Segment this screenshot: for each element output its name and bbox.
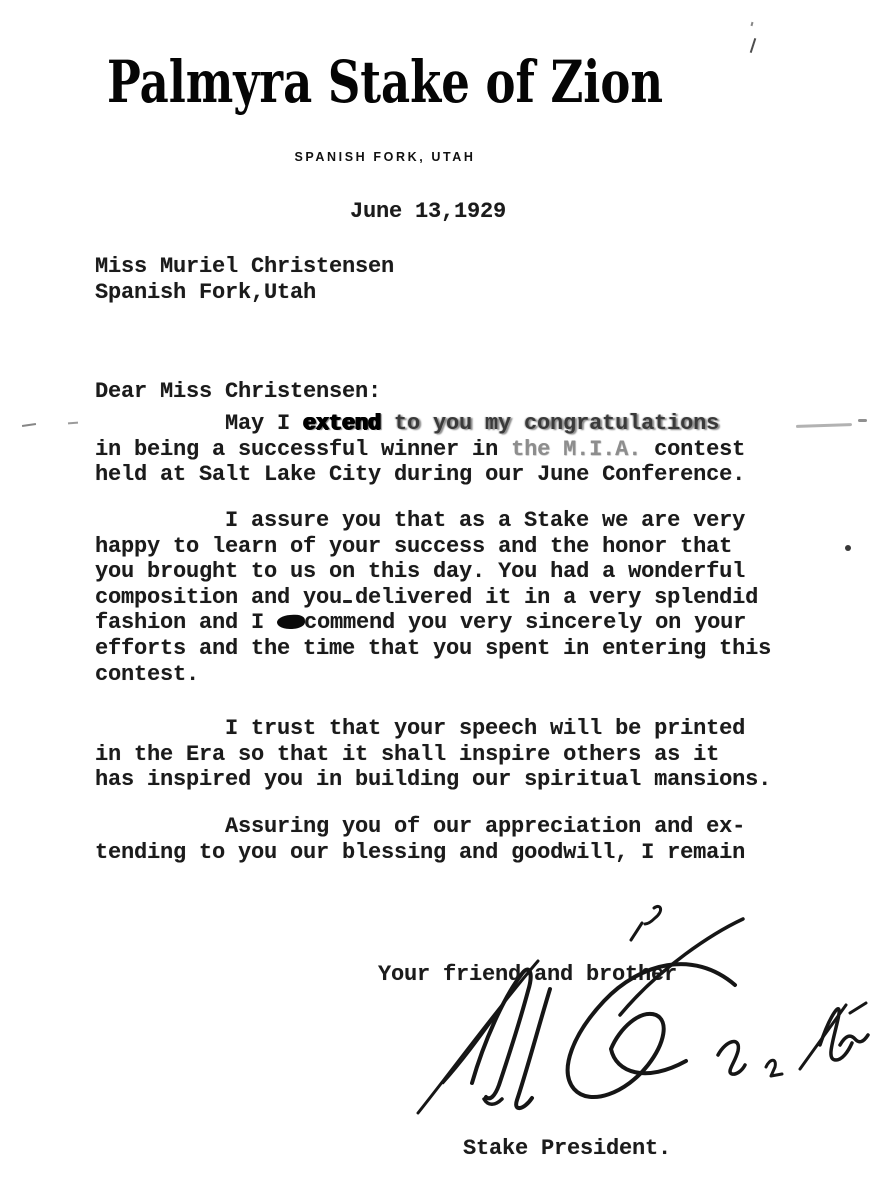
paragraph-1: May I extend to you my congratulations i… xyxy=(95,411,815,488)
salutation: Dear Miss Christensen: xyxy=(95,379,381,405)
paragraph-2-line-4: composition and youdelivered it in a ver… xyxy=(95,585,815,611)
scan-slash-mark xyxy=(750,38,757,53)
paragraph-2-line-2: happy to learn of your success and the h… xyxy=(95,534,815,560)
date-line: June 13,1929 xyxy=(350,199,506,225)
margin-dash-artifact xyxy=(22,423,36,427)
letterhead-blackletter-art: Palmyra Stake of Zion xyxy=(98,36,673,136)
paragraph-2-line-6: efforts and the time that you spent in e… xyxy=(95,636,815,662)
overtype-dot-artifact xyxy=(342,587,355,603)
faint-text: the M.I.A. xyxy=(511,437,654,462)
signer-title: Stake President. xyxy=(463,1136,671,1162)
letterhead: Palmyra Stake of Zion xyxy=(98,36,673,141)
recipient-name: Miss Muriel Christensen xyxy=(95,254,394,280)
paragraph-2-line-1: I assure you that as a Stake we are very xyxy=(95,508,815,534)
paragraph-4-line-1: Assuring you of our appreciation and ex- xyxy=(95,814,815,840)
paragraph-1-line-3: held at Salt Lake City during our June C… xyxy=(95,462,815,488)
text-segment: commend you very sincerely on your xyxy=(304,610,746,635)
smudged-text: to you my congratulations xyxy=(381,411,719,436)
paragraph-3-line-3: has inspired you in building our spiritu… xyxy=(95,767,815,793)
letterhead-location: SPANISH FORK, UTAH xyxy=(100,150,670,164)
paragraph-2-line-3: you brought to us on this day. You had a… xyxy=(95,559,815,585)
text-segment: delivered it in a very splendid xyxy=(355,585,758,610)
ink-dot-artifact xyxy=(845,545,851,551)
paragraph-2-line-7: contest. xyxy=(95,662,815,688)
margin-dash-artifact xyxy=(68,422,78,425)
text-segment: composition and you xyxy=(95,585,342,610)
paragraph-2-line-5: fashion and I commend you very sincerely… xyxy=(95,610,815,636)
ink-blot-correction xyxy=(277,614,306,630)
signature-handwriting xyxy=(388,893,870,1133)
scan-speck xyxy=(751,22,754,26)
paragraph-2: I assure you that as a Stake we are very… xyxy=(95,508,815,687)
text-segment: contest xyxy=(654,437,745,462)
recipient-city: Spanish Fork,Utah xyxy=(95,280,394,306)
paragraph-3-line-2: in the Era so that it shall inspire othe… xyxy=(95,742,815,768)
paragraph-4: Assuring you of our appreciation and ex-… xyxy=(95,814,815,865)
paragraph-1-line-2: in being a successful winner in the M.I.… xyxy=(95,437,815,463)
paragraph-3: I trust that your speech will be printed… xyxy=(95,716,815,793)
paragraph-4-line-2: tending to you our blessing and goodwill… xyxy=(95,840,815,866)
text-segment: fashion and I xyxy=(95,610,277,635)
overtype-smear-artifact xyxy=(858,419,867,422)
overstruck-word: extend xyxy=(303,411,381,436)
text-segment: in being a successful winner in xyxy=(95,437,511,462)
recipient-address: Miss Muriel Christensen Spanish Fork,Uta… xyxy=(95,254,394,305)
paragraph-1-line-1: May I extend to you my congratulations xyxy=(95,411,815,437)
letterhead-title: Palmyra Stake of Zion xyxy=(107,48,663,116)
text-segment: May I xyxy=(225,411,303,436)
paragraph-3-line-1: I trust that your speech will be printed xyxy=(95,716,815,742)
